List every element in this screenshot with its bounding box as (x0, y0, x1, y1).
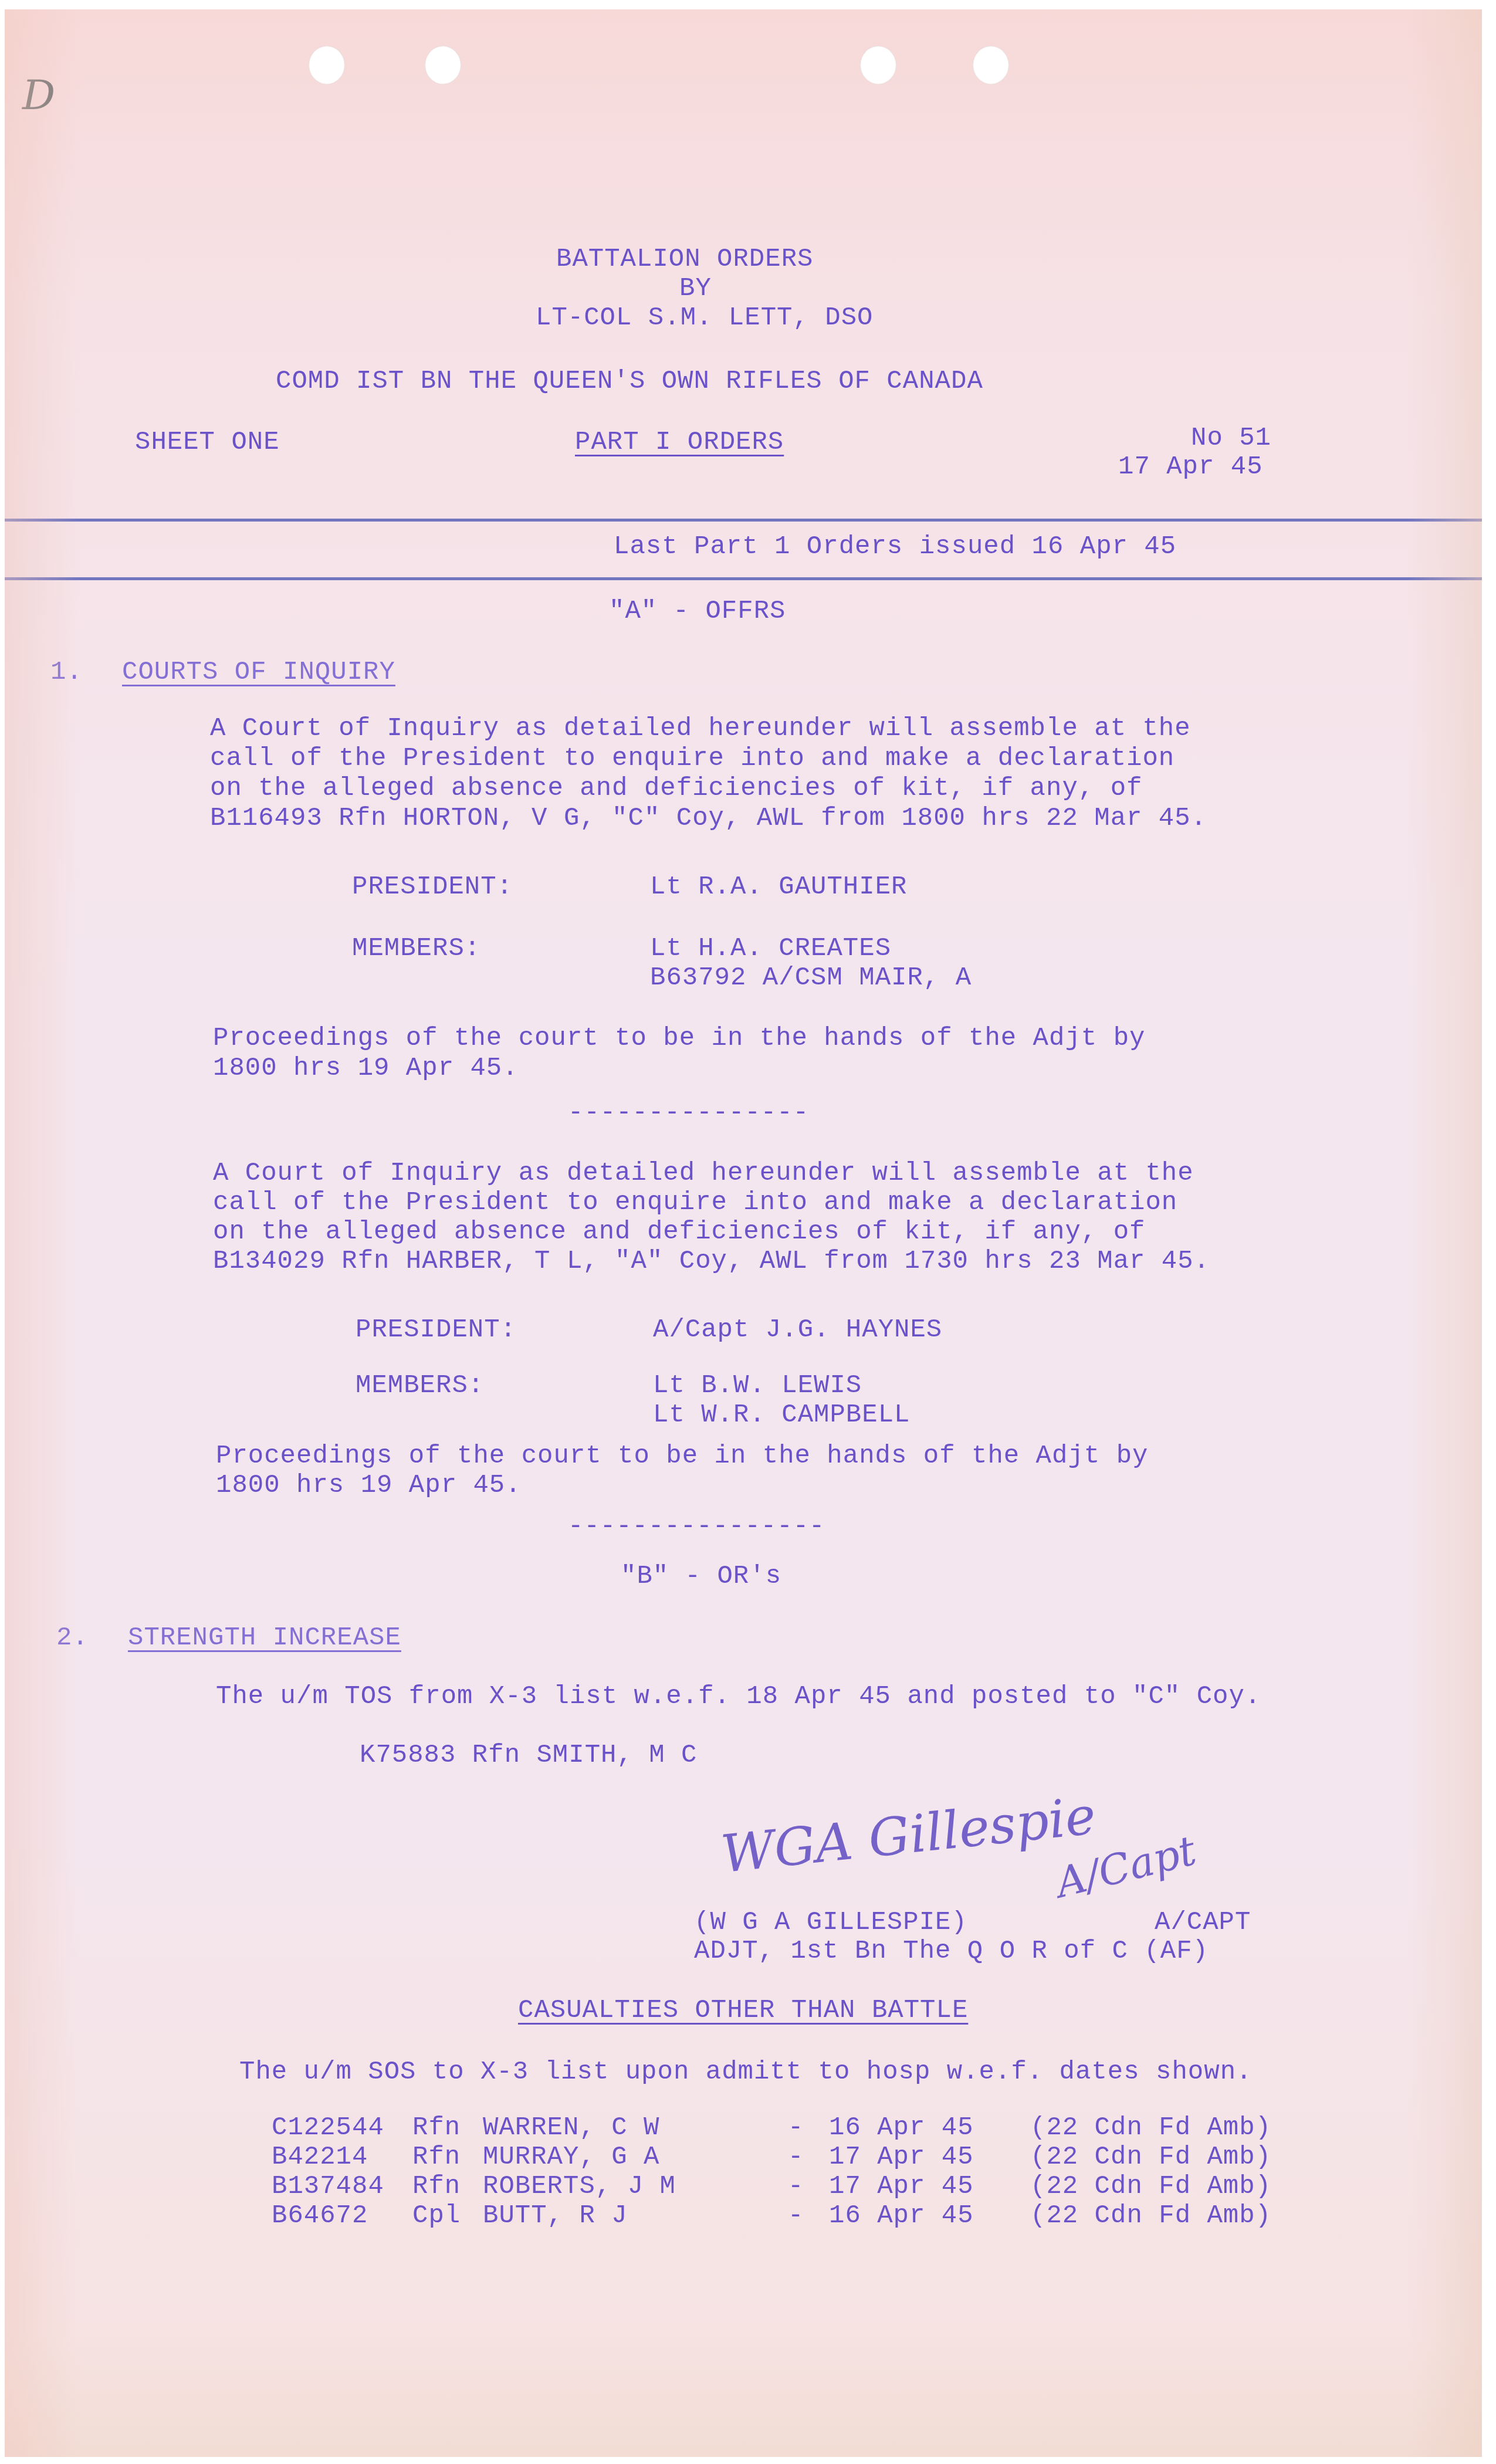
inquiry-text-line: call of the President to enquire into an… (213, 1187, 1177, 1218)
casualty-unit: (22 Cdn Fd Amb) (1030, 2201, 1271, 2231)
header-rule-bottom (5, 577, 1482, 580)
unit-line: COMD IST BN THE QUEEN'S OWN RIFLES OF CA… (276, 366, 983, 397)
proceedings-line: Proceedings of the court to be in the ha… (213, 1023, 1145, 1054)
casualty-number: B64672 (272, 2201, 368, 2231)
member-name: Lt W.R. CAMPBELL (653, 1400, 910, 1430)
punch-hole (425, 46, 461, 84)
last-issued-note: Last Part 1 Orders issued 16 Apr 45 (614, 532, 1176, 562)
section-a-heading: "A" - OFFRS (609, 596, 786, 627)
inquiry-text-line: B134029 Rfn HARBER, T L, "A" Coy, AWL fr… (213, 1246, 1210, 1277)
order-number: No 51 (1191, 423, 1271, 453)
separator: --------------- (568, 1098, 809, 1128)
casualty-name: ROBERTS, J M (483, 2171, 676, 2202)
inquiry-text-line: A Court of Inquiry as detailed hereunder… (213, 1158, 1194, 1189)
item-number-2: 2. (56, 1623, 89, 1653)
separator: ---------------- (568, 1511, 825, 1542)
casualty-date: 16 Apr 45 (829, 2201, 974, 2231)
casualty-rank: Cpl (412, 2201, 461, 2231)
handwritten-signature: WGA Gillespie (718, 1785, 1098, 1884)
section-b-heading: "B" - OR's (621, 1561, 781, 1592)
document-title: BATTALION ORDERS (556, 244, 813, 275)
member-name: B63792 A/CSM MAIR, A (650, 963, 972, 993)
signatory-appointment: ADJT, 1st Bn The Q O R of C (AF) (694, 1936, 1209, 1967)
president-name: Lt R.A. GAUTHIER (650, 872, 907, 902)
inquiry-text-line: call of the President to enquire into an… (210, 743, 1175, 774)
order-date: 17 Apr 45 (1118, 452, 1263, 482)
casualty-number: B42214 (272, 2142, 368, 2172)
casualty-dash: - (788, 2201, 804, 2231)
member-name: Lt H.A. CREATES (650, 933, 891, 964)
casualties-text: The u/m SOS to X-3 list upon admitt to h… (239, 2057, 1252, 2087)
casualty-unit: (22 Cdn Fd Amb) (1030, 2113, 1271, 2143)
signatory-rank: A/CAPT (1155, 1907, 1251, 1938)
president-label: PRESIDENT: (356, 1315, 516, 1345)
inquiry-text-line: on the alleged absence and deficiencies … (210, 773, 1142, 804)
member-name: Lt B.W. LEWIS (653, 1370, 862, 1401)
item-number-1: 1. (50, 657, 83, 688)
casualty-date: 16 Apr 45 (829, 2113, 974, 2143)
casualty-date: 17 Apr 45 (829, 2142, 974, 2172)
president-name: A/Capt J.G. HAYNES (653, 1315, 942, 1345)
proceedings-line: 1800 hrs 19 Apr 45. (213, 1053, 519, 1084)
item-title-strength-increase: STRENGTH INCREASE (128, 1623, 401, 1653)
proceedings-line: Proceedings of the court to be in the ha… (216, 1441, 1148, 1471)
punch-hole (309, 46, 345, 84)
signatory-name: (W G A GILLESPIE) (694, 1907, 967, 1938)
sheet-label: SHEET ONE (135, 427, 280, 458)
casualty-date: 17 Apr 45 (829, 2171, 974, 2202)
casualty-name: WARREN, C W (483, 2113, 659, 2143)
title-by: BY (679, 273, 712, 304)
inquiry-text-line: A Court of Inquiry as detailed hereunder… (210, 713, 1191, 744)
inquiry-text-line: on the alleged absence and deficiencies … (213, 1217, 1145, 1247)
margin-mark: D (22, 71, 55, 119)
document-page: D BATTALION ORDERS BY LT-COL S.M. LETT, … (5, 9, 1482, 2457)
casualty-number: C122544 (272, 2113, 384, 2143)
casualty-rank: Rfn (412, 2142, 461, 2172)
header-rule-top (5, 519, 1482, 522)
casualties-title: CASUALTIES OTHER THAN BATTLE (518, 1995, 968, 2026)
casualty-rank: Rfn (412, 2171, 461, 2202)
casualty-number: B137484 (272, 2171, 384, 2202)
casualty-dash: - (788, 2171, 804, 2202)
casualty-dash: - (788, 2142, 804, 2172)
casualty-unit: (22 Cdn Fd Amb) (1030, 2142, 1271, 2172)
casualty-name: MURRAY, G A (483, 2142, 659, 2172)
commander: LT-COL S.M. LETT, DSO (536, 303, 874, 333)
part-heading: PART I ORDERS (575, 427, 784, 458)
casualty-name: BUTT, R J (483, 2201, 628, 2231)
proceedings-line: 1800 hrs 19 Apr 45. (216, 1470, 522, 1501)
punch-hole (973, 46, 1009, 84)
casualty-rank: Rfn (412, 2113, 461, 2143)
inquiry-text-line: B116493 Rfn HORTON, V G, "C" Coy, AWL fr… (210, 803, 1207, 834)
members-label: MEMBERS: (356, 1370, 484, 1401)
casualty-unit: (22 Cdn Fd Amb) (1030, 2171, 1271, 2202)
strength-increase-text: The u/m TOS from X-3 list w.e.f. 18 Apr … (216, 1681, 1261, 1712)
president-label: PRESIDENT: (352, 872, 513, 902)
strength-increase-soldier: K75883 Rfn SMITH, M C (360, 1740, 698, 1771)
members-label: MEMBERS: (352, 933, 480, 964)
item-title-courts-of-inquiry: COURTS OF INQUIRY (122, 657, 395, 688)
casualty-dash: - (788, 2113, 804, 2143)
punch-hole (860, 46, 896, 84)
